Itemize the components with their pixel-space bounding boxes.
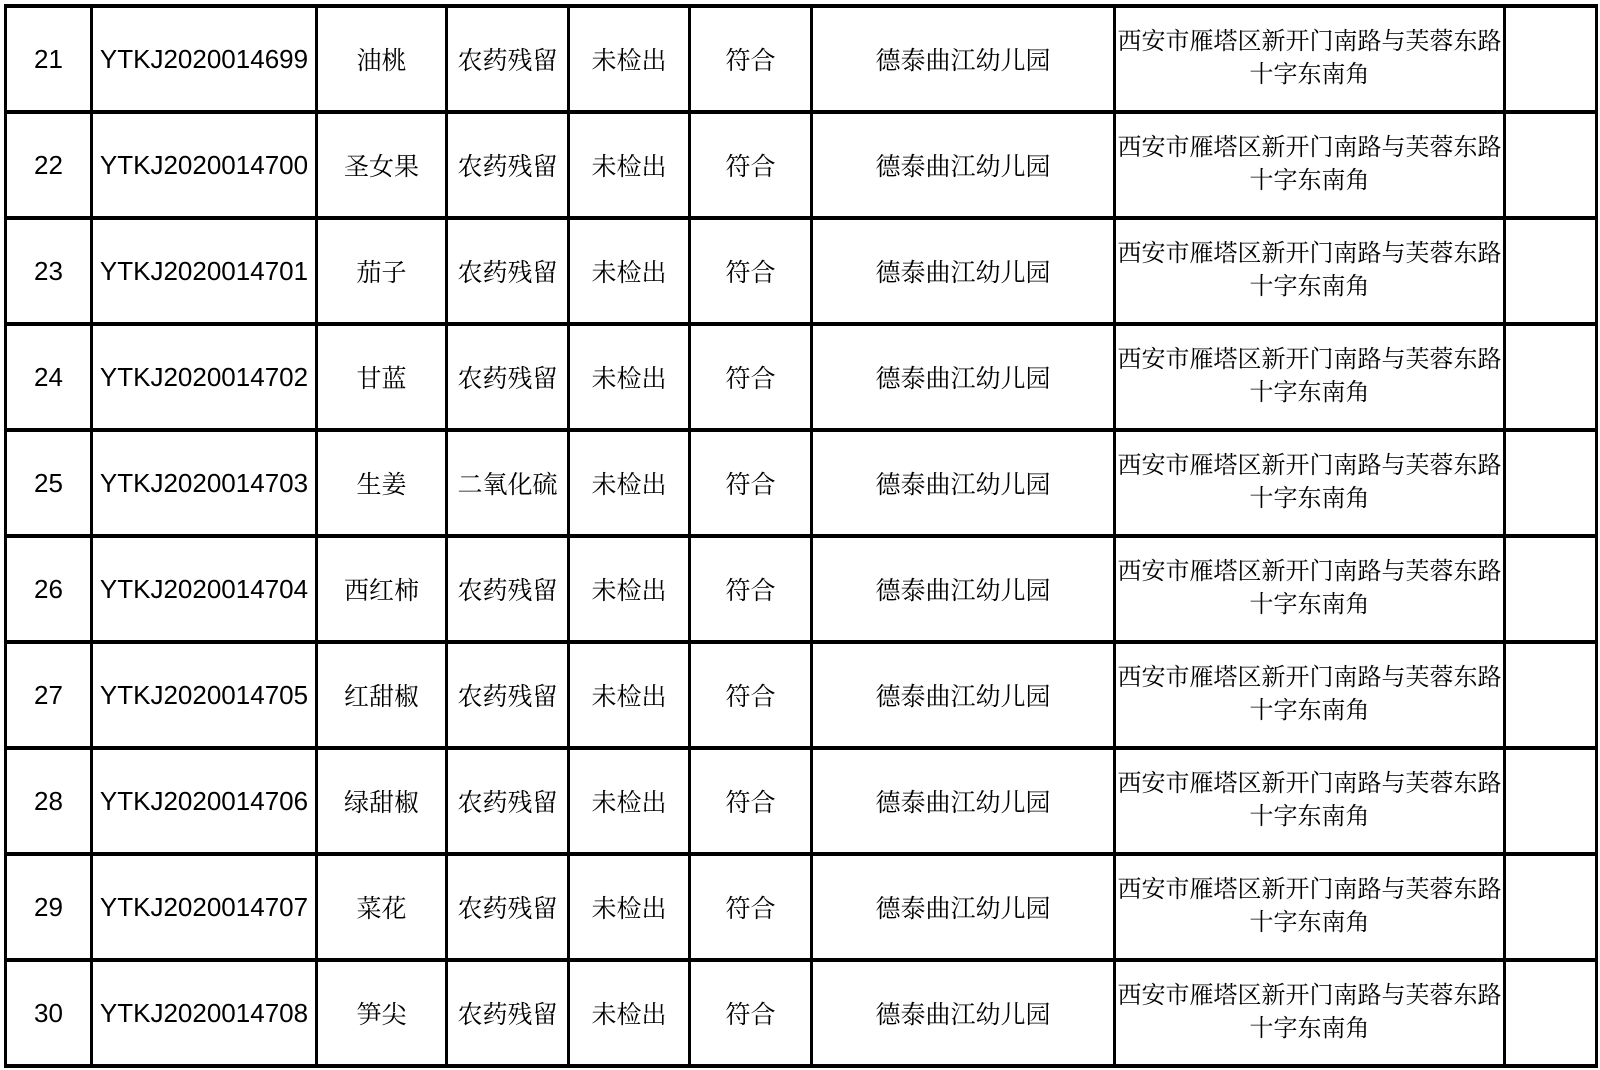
sampled-org-cell: 德泰曲江幼儿园 [812,218,1115,324]
table-row: 28 YTKJ2020014706 绿甜椒 农药残留 未检出 符合 德泰曲江幼儿… [6,748,1597,854]
result-cell: 未检出 [569,536,690,642]
remark-cell [1505,748,1597,854]
result-cell: 未检出 [569,960,690,1066]
conclusion-cell: 符合 [690,748,812,854]
seq-cell: 21 [6,6,92,112]
test-item-cell: 农药残留 [447,642,569,748]
address-cell: 西安市雁塔区新开门南路与芙蓉东路十字东南角 [1115,536,1505,642]
address-cell: 西安市雁塔区新开门南路与芙蓉东路十字东南角 [1115,960,1505,1066]
result-cell: 未检出 [569,748,690,854]
test-item-cell: 农药残留 [447,854,569,960]
sampled-org-cell: 德泰曲江幼儿园 [812,854,1115,960]
sampled-org-cell: 德泰曲江幼儿园 [812,536,1115,642]
seq-cell: 23 [6,218,92,324]
seq-cell: 30 [6,960,92,1066]
address-cell: 西安市雁塔区新开门南路与芙蓉东路十字东南角 [1115,218,1505,324]
document-page: 21 YTKJ2020014699 油桃 农药残留 未检出 符合 德泰曲江幼儿园… [0,0,1600,1070]
remark-cell [1505,324,1597,430]
table-row: 25 YTKJ2020014703 生姜 二氧化硫 未检出 符合 德泰曲江幼儿园… [6,430,1597,536]
sample-code-cell: YTKJ2020014701 [92,218,317,324]
address-cell: 西安市雁塔区新开门南路与芙蓉东路十字东南角 [1115,748,1505,854]
remark-cell [1505,430,1597,536]
sampled-org-cell: 德泰曲江幼儿园 [812,642,1115,748]
sample-code-cell: YTKJ2020014706 [92,748,317,854]
remark-cell [1505,960,1597,1066]
sample-code-cell: YTKJ2020014702 [92,324,317,430]
sampled-org-cell: 德泰曲江幼儿园 [812,748,1115,854]
address-cell: 西安市雁塔区新开门南路与芙蓉东路十字东南角 [1115,854,1505,960]
sample-code-cell: YTKJ2020014700 [92,112,317,218]
remark-cell [1505,536,1597,642]
result-cell: 未检出 [569,112,690,218]
sampled-org-cell: 德泰曲江幼儿园 [812,324,1115,430]
test-item-cell: 二氧化硫 [447,430,569,536]
conclusion-cell: 符合 [690,536,812,642]
result-cell: 未检出 [569,854,690,960]
sample-code-cell: YTKJ2020014703 [92,430,317,536]
seq-cell: 22 [6,112,92,218]
conclusion-cell: 符合 [690,324,812,430]
test-item-cell: 农药残留 [447,324,569,430]
seq-cell: 28 [6,748,92,854]
address-cell: 西安市雁塔区新开门南路与芙蓉东路十字东南角 [1115,324,1505,430]
sample-code-cell: YTKJ2020014705 [92,642,317,748]
result-cell: 未检出 [569,642,690,748]
address-cell: 西安市雁塔区新开门南路与芙蓉东路十字东南角 [1115,112,1505,218]
sample-name-cell: 茄子 [317,218,447,324]
conclusion-cell: 符合 [690,854,812,960]
sampled-org-cell: 德泰曲江幼儿园 [812,430,1115,536]
test-item-cell: 农药残留 [447,960,569,1066]
table-body: 21 YTKJ2020014699 油桃 农药残留 未检出 符合 德泰曲江幼儿园… [6,6,1597,1066]
sampled-org-cell: 德泰曲江幼儿园 [812,112,1115,218]
remark-cell [1505,6,1597,112]
sample-name-cell: 油桃 [317,6,447,112]
sample-name-cell: 绿甜椒 [317,748,447,854]
seq-cell: 29 [6,854,92,960]
sample-name-cell: 生姜 [317,430,447,536]
test-item-cell: 农药残留 [447,748,569,854]
address-cell: 西安市雁塔区新开门南路与芙蓉东路十字东南角 [1115,430,1505,536]
table-row: 30 YTKJ2020014708 笋尖 农药残留 未检出 符合 德泰曲江幼儿园… [6,960,1597,1066]
sample-name-cell: 红甜椒 [317,642,447,748]
sample-code-cell: YTKJ2020014707 [92,854,317,960]
table-row: 23 YTKJ2020014701 茄子 农药残留 未检出 符合 德泰曲江幼儿园… [6,218,1597,324]
seq-cell: 26 [6,536,92,642]
table-row: 29 YTKJ2020014707 菜花 农药残留 未检出 符合 德泰曲江幼儿园… [6,854,1597,960]
sample-name-cell: 西红柿 [317,536,447,642]
sample-name-cell: 菜花 [317,854,447,960]
sample-code-cell: YTKJ2020014708 [92,960,317,1066]
seq-cell: 24 [6,324,92,430]
seq-cell: 27 [6,642,92,748]
test-item-cell: 农药残留 [447,6,569,112]
remark-cell [1505,854,1597,960]
address-cell: 西安市雁塔区新开门南路与芙蓉东路十字东南角 [1115,642,1505,748]
table-row: 21 YTKJ2020014699 油桃 农药残留 未检出 符合 德泰曲江幼儿园… [6,6,1597,112]
result-cell: 未检出 [569,6,690,112]
sample-name-cell: 圣女果 [317,112,447,218]
conclusion-cell: 符合 [690,642,812,748]
sampled-org-cell: 德泰曲江幼儿园 [812,6,1115,112]
table-row: 22 YTKJ2020014700 圣女果 农药残留 未检出 符合 德泰曲江幼儿… [6,112,1597,218]
remark-cell [1505,642,1597,748]
test-item-cell: 农药残留 [447,112,569,218]
sample-code-cell: YTKJ2020014704 [92,536,317,642]
table-row: 27 YTKJ2020014705 红甜椒 农药残留 未检出 符合 德泰曲江幼儿… [6,642,1597,748]
conclusion-cell: 符合 [690,6,812,112]
sampled-org-cell: 德泰曲江幼儿园 [812,960,1115,1066]
table-row: 26 YTKJ2020014704 西红柿 农药残留 未检出 符合 德泰曲江幼儿… [6,536,1597,642]
inspection-results-table: 21 YTKJ2020014699 油桃 农药残留 未检出 符合 德泰曲江幼儿园… [4,4,1598,1068]
sample-name-cell: 甘蓝 [317,324,447,430]
remark-cell [1505,218,1597,324]
sample-name-cell: 笋尖 [317,960,447,1066]
remark-cell [1505,112,1597,218]
conclusion-cell: 符合 [690,218,812,324]
conclusion-cell: 符合 [690,960,812,1066]
sample-code-cell: YTKJ2020014699 [92,6,317,112]
conclusion-cell: 符合 [690,430,812,536]
conclusion-cell: 符合 [690,112,812,218]
result-cell: 未检出 [569,218,690,324]
seq-cell: 25 [6,430,92,536]
result-cell: 未检出 [569,430,690,536]
address-cell: 西安市雁塔区新开门南路与芙蓉东路十字东南角 [1115,6,1505,112]
result-cell: 未检出 [569,324,690,430]
table-row: 24 YTKJ2020014702 甘蓝 农药残留 未检出 符合 德泰曲江幼儿园… [6,324,1597,430]
test-item-cell: 农药残留 [447,218,569,324]
test-item-cell: 农药残留 [447,536,569,642]
